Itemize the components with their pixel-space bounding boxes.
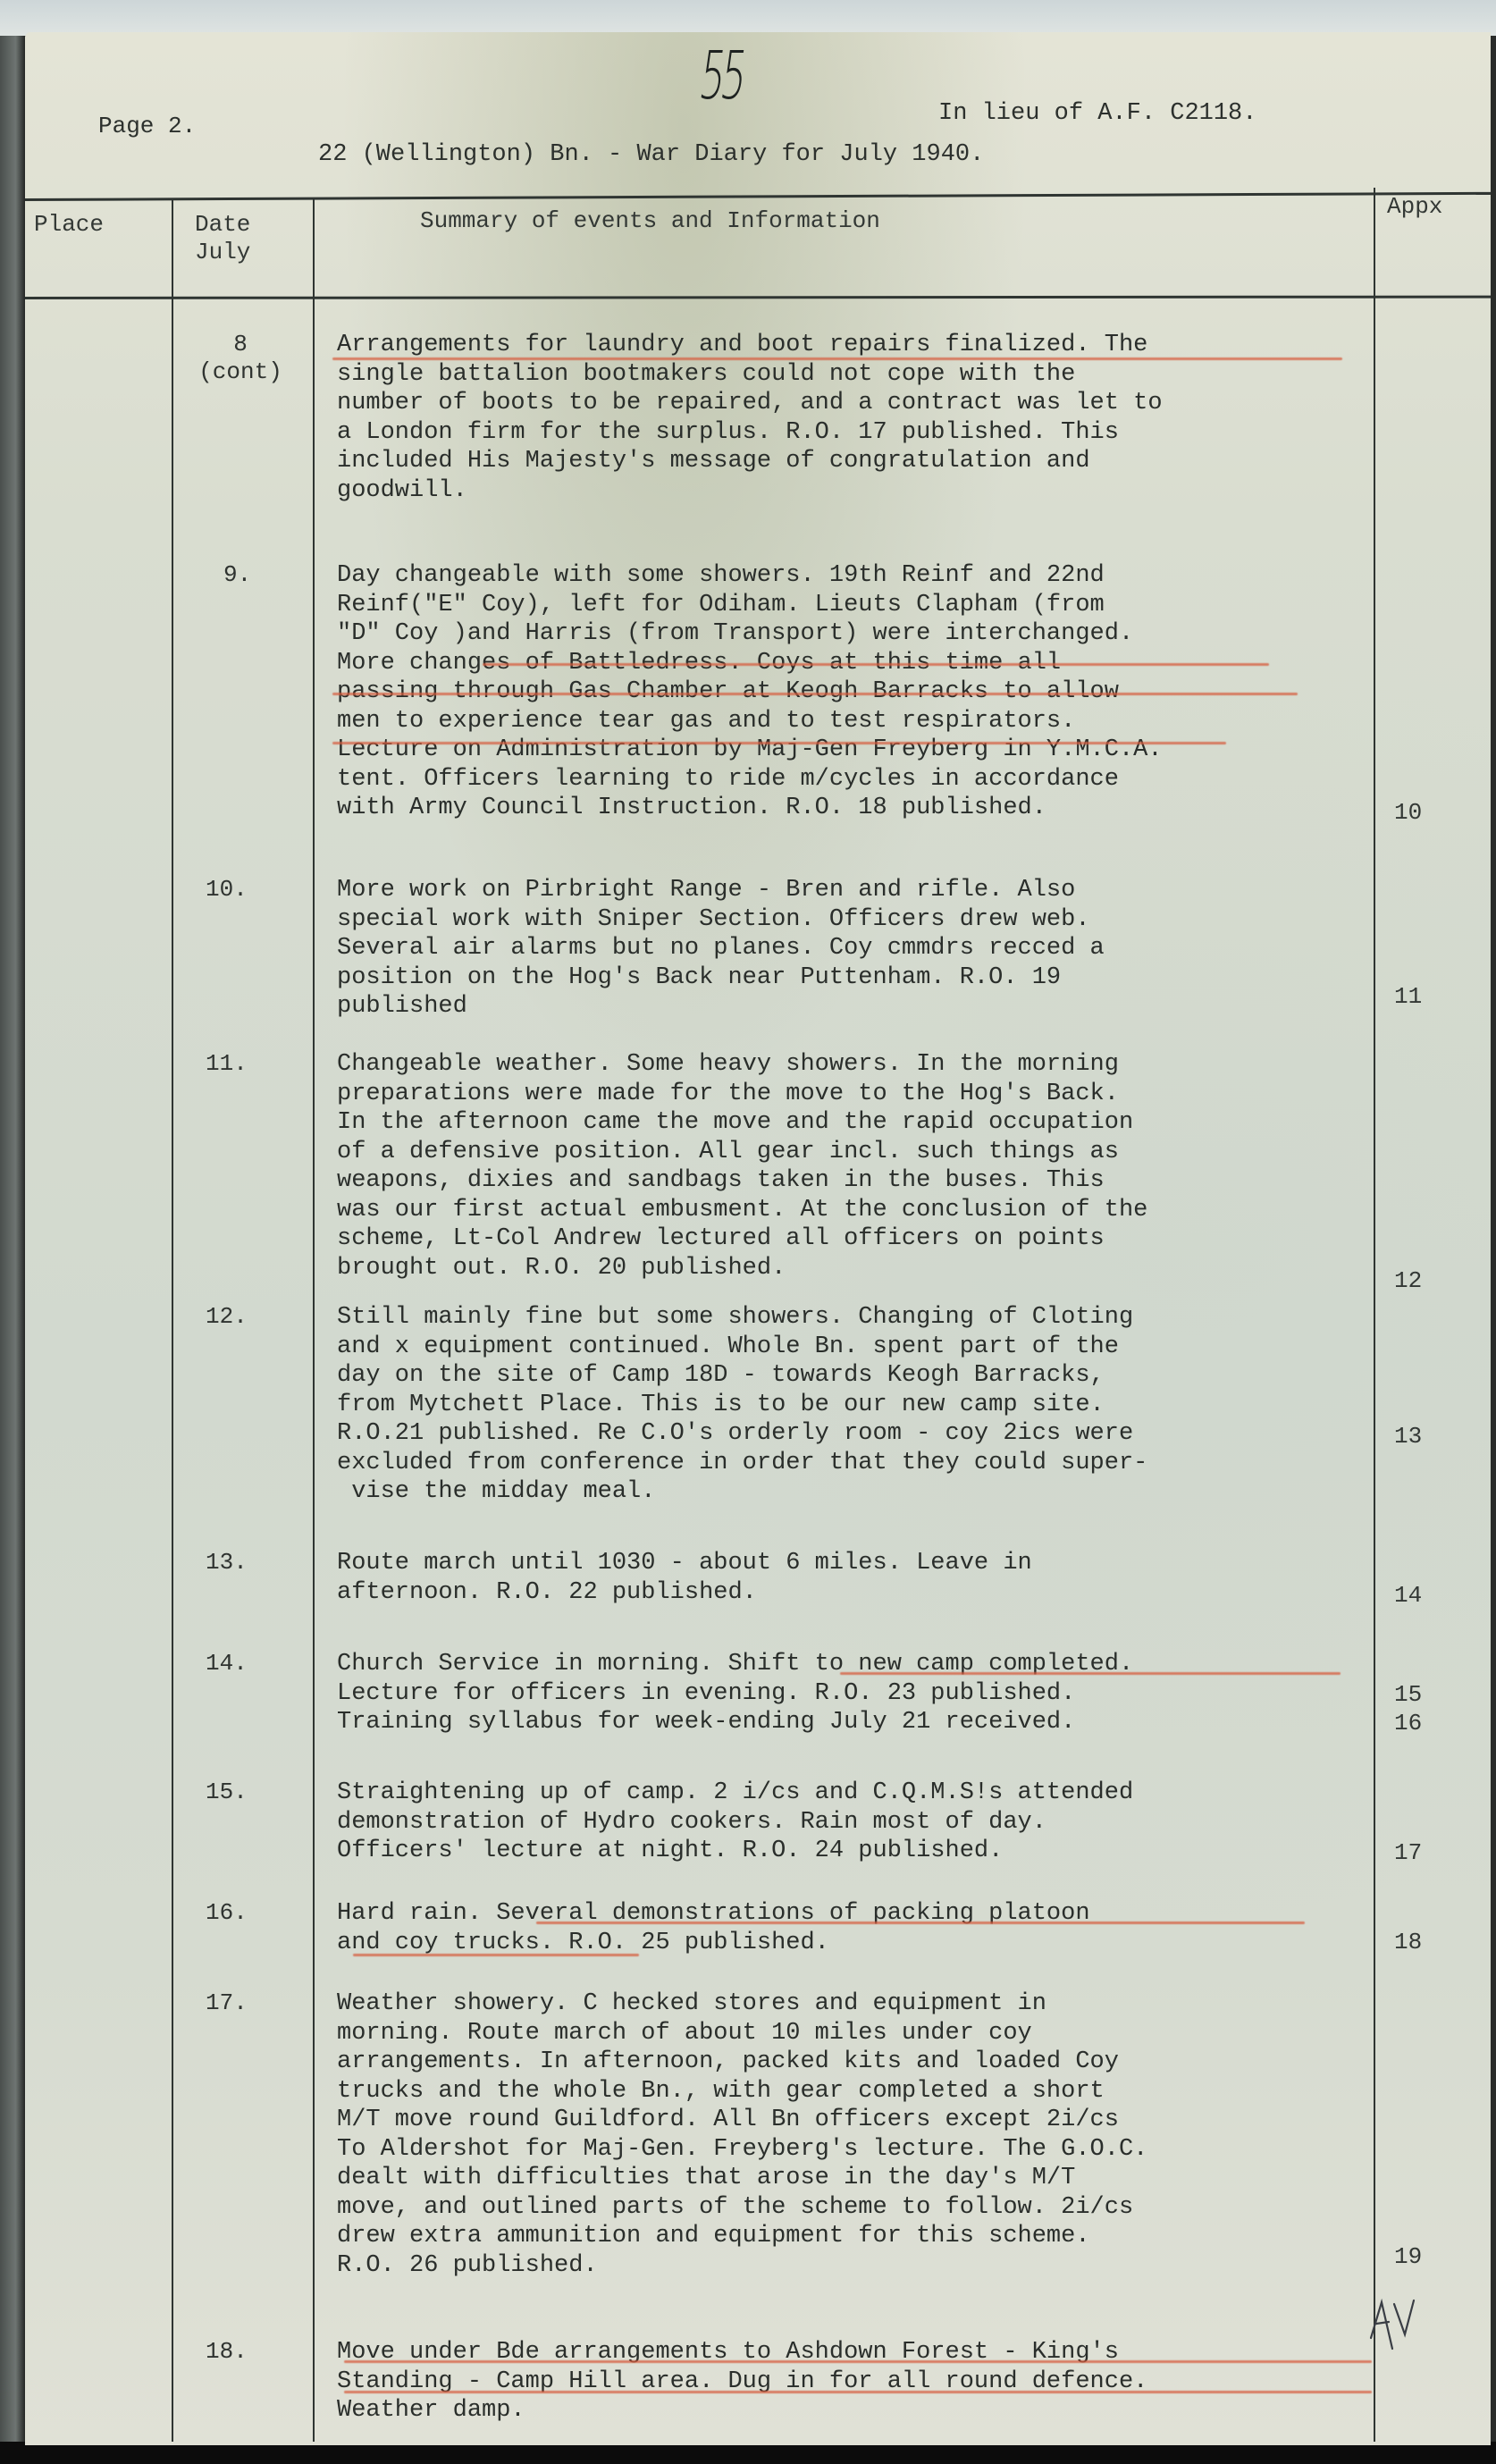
entry-text: Church Service in morning. Shift to new … <box>337 1650 1374 1737</box>
entry-text: Changeable weather. Some heavy showers. … <box>337 1050 1374 1282</box>
col-divider-appx <box>1374 188 1375 2442</box>
entry-text: Weather showery. C hecked stores and equ… <box>337 1989 1374 2280</box>
entry-date: 10. <box>206 876 248 904</box>
entry-date: 9. <box>223 561 251 589</box>
page-title: 22 (Wellington) Bn. - War Diary for July… <box>318 141 984 168</box>
entry-text: Route march until 1030 - about 6 miles. … <box>337 1549 1374 1607</box>
form-reference: In lieu of A.F. C2118. <box>938 100 1256 127</box>
appendix-ref: 14 <box>1394 1582 1422 1610</box>
header-appx: Appx <box>1387 193 1442 221</box>
entry-text: More work on Pirbright Range - Bren and … <box>337 876 1374 1022</box>
entry-date: 11. <box>206 1050 248 1078</box>
appendix-ref: 15 16 <box>1394 1680 1422 1737</box>
appendix-ref: 12 <box>1394 1267 1422 1295</box>
annotation-underline <box>332 693 1298 695</box>
appendix-ref: 10 <box>1394 799 1422 827</box>
entry-date: 18. <box>206 2338 248 2366</box>
entry-date: 13. <box>206 1549 248 1577</box>
entry-text: Move under Bde arrangements to Ashdown F… <box>337 2338 1374 2426</box>
annotation-underline <box>483 663 1269 666</box>
entry-date: 17. <box>206 1989 248 2017</box>
appendix-ref: 18 <box>1394 1929 1422 1956</box>
entry-text: Straightening up of camp. 2 i/cs and C.Q… <box>337 1779 1374 1866</box>
entry-date: 8 (cont) <box>182 331 298 386</box>
annotation-underline <box>344 2360 1372 2363</box>
header-summary: Summary of events and Information <box>420 207 880 235</box>
header-place: Place <box>34 211 104 239</box>
entry-date: 16. <box>206 1899 248 1927</box>
entry-date: 14. <box>206 1650 248 1678</box>
annotation-underline <box>332 357 1342 360</box>
page-label: Page 2. <box>98 113 196 139</box>
entry-text: Hard rain. Several demonstrations of pac… <box>337 1899 1374 1957</box>
appendix-ref: 13 <box>1394 1423 1422 1451</box>
entry-text: Still mainly fine but some showers. Chan… <box>337 1303 1374 1507</box>
col-divider-place <box>172 198 173 2442</box>
appendix-ref: 19 <box>1394 2243 1422 2271</box>
appendix-ref: 17 <box>1394 1839 1422 1867</box>
photo-backdrop-top <box>0 0 1496 36</box>
handwritten-initials-icon <box>1366 2295 1419 2358</box>
appendix-ref: 11 <box>1394 983 1422 1011</box>
annotation-underline <box>332 742 1226 744</box>
col-divider-date <box>313 198 315 2442</box>
annotation-underline <box>840 1672 1341 1675</box>
header-date: Date July <box>195 211 250 266</box>
entry-date: 15. <box>206 1779 248 1806</box>
annotation-underline <box>344 2391 1372 2393</box>
entry-date: 12. <box>206 1303 248 1331</box>
annotation-underline <box>353 1954 639 1956</box>
annotation-underline <box>536 1922 1305 1924</box>
